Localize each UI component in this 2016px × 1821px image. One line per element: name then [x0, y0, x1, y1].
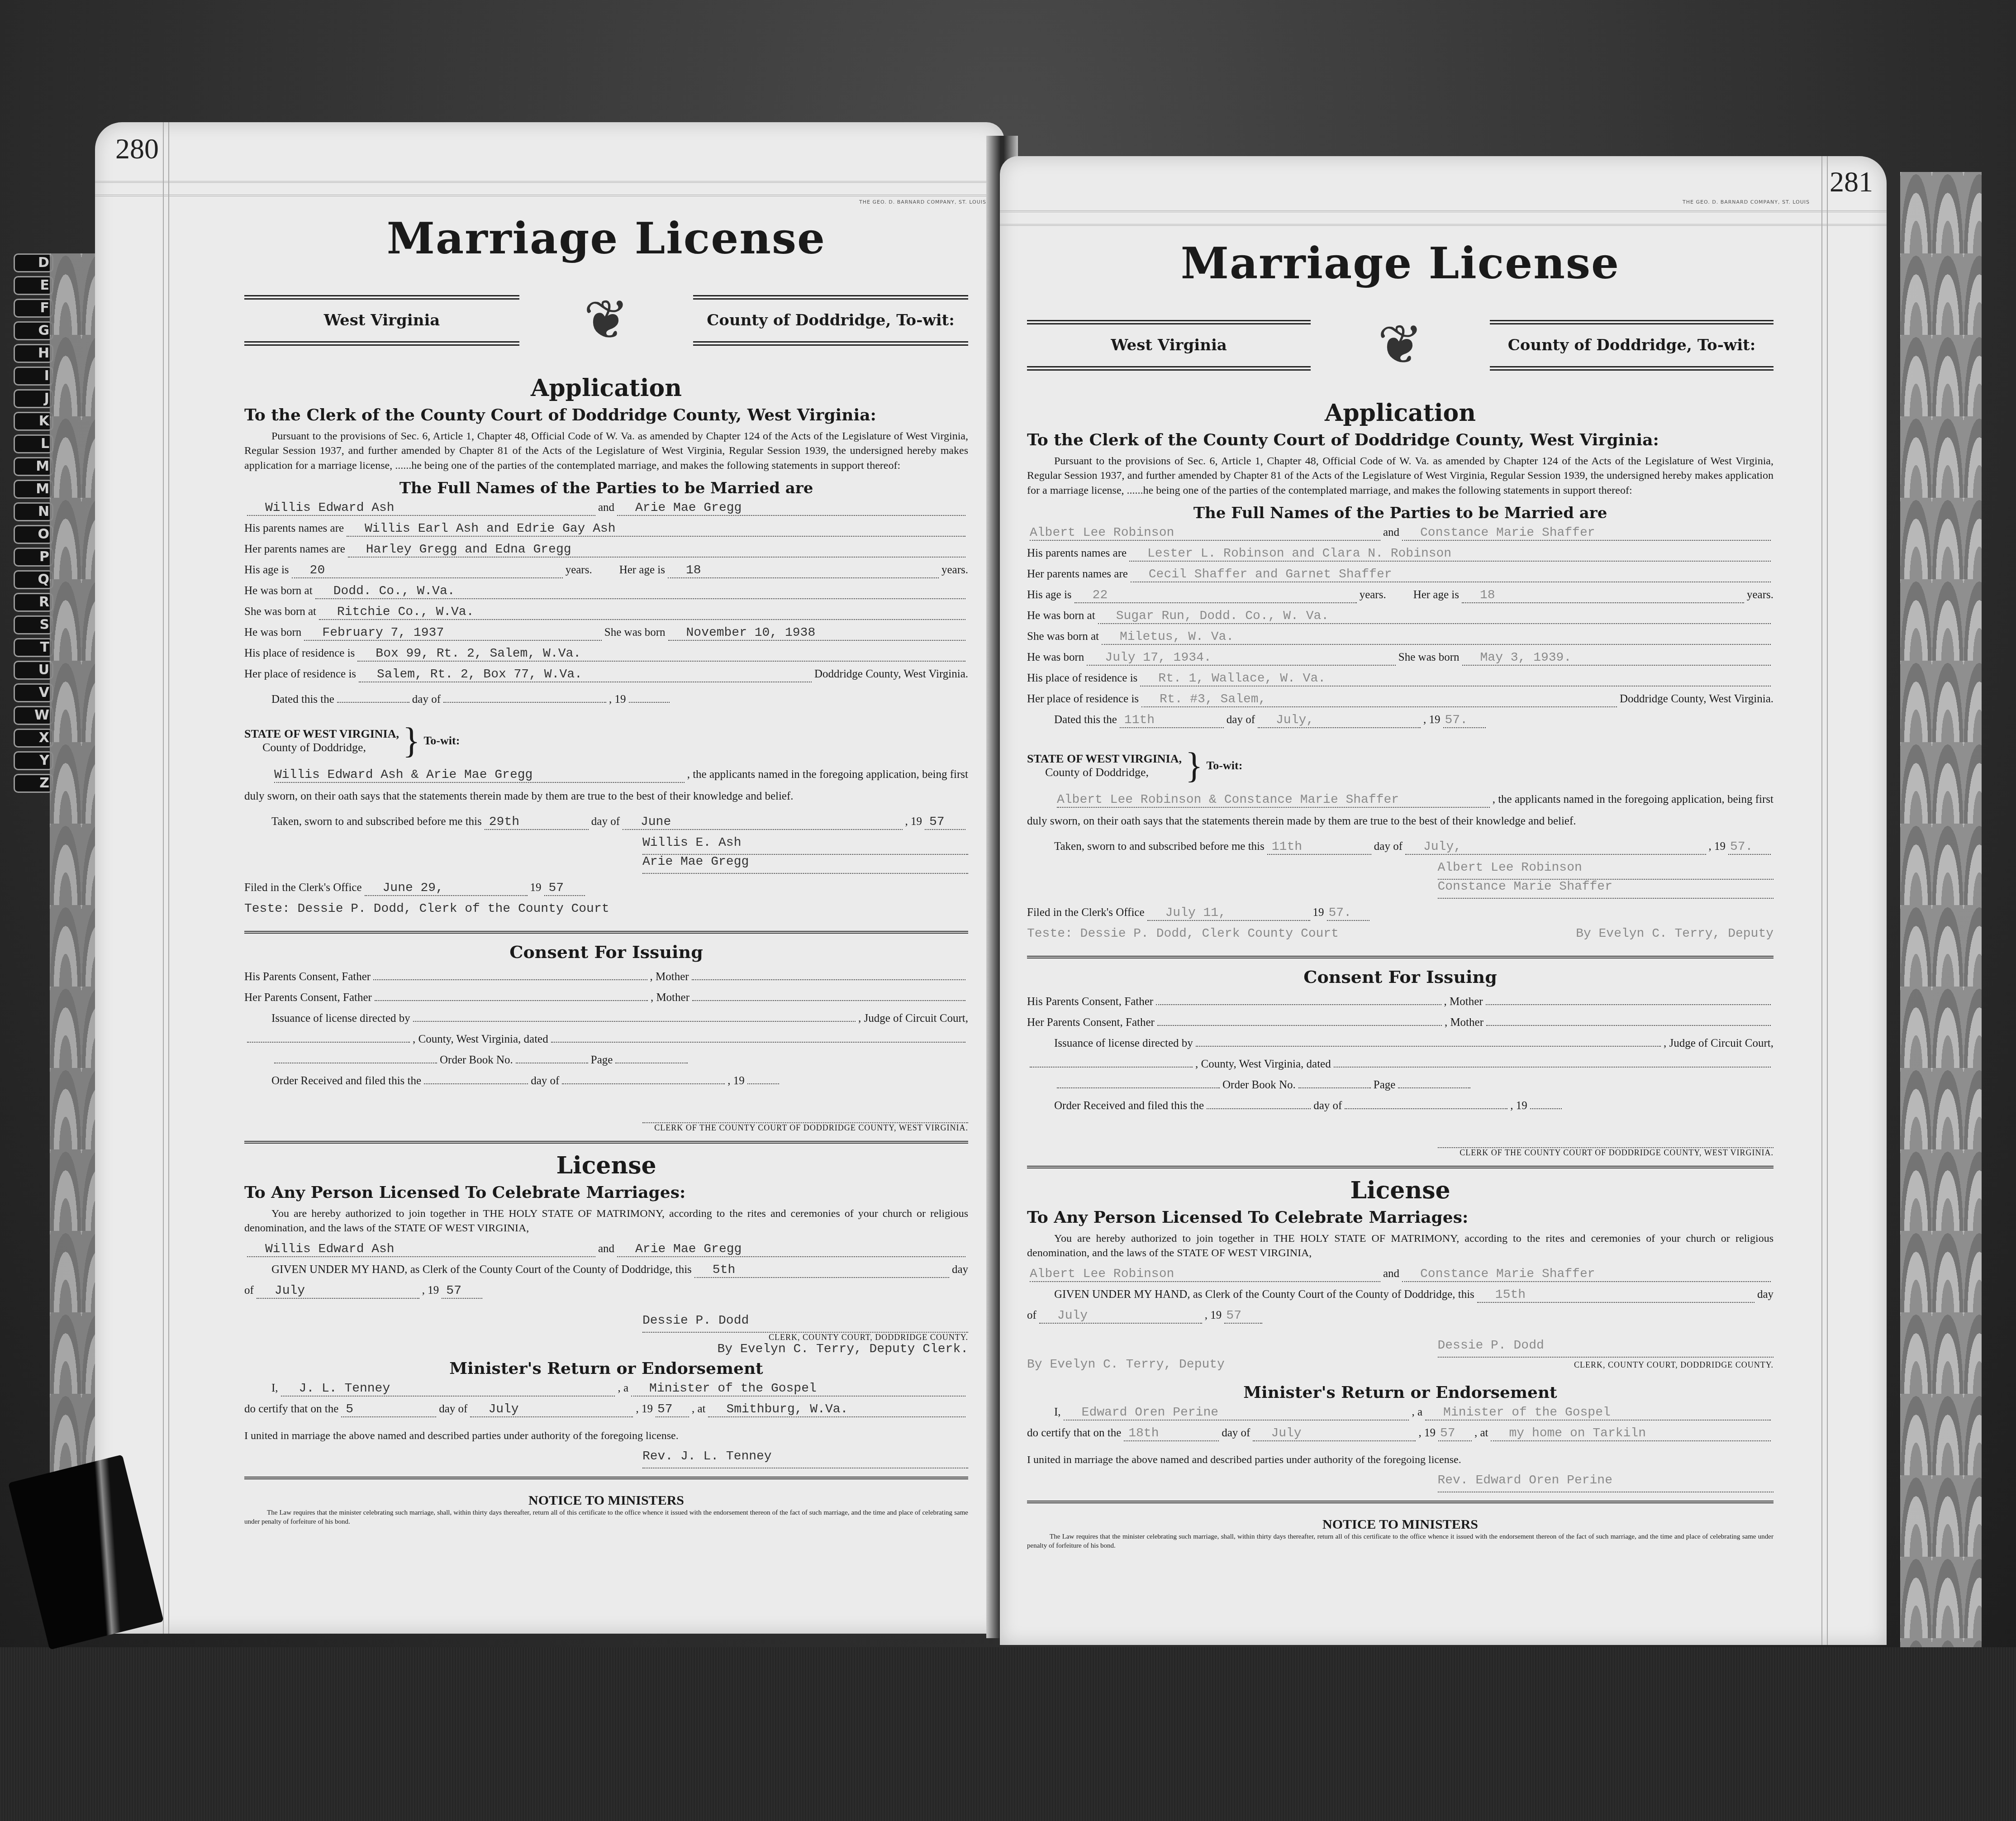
i-label: I,	[1054, 1406, 1061, 1419]
she-born-at-row: She was born at Miletus, W. Va.	[1027, 630, 1774, 651]
order-book-label: Order Book No.	[1222, 1079, 1296, 1092]
minister-row: I, J. L. Tenney , a Minister of the Gosp…	[244, 1382, 968, 1402]
teste-deputy: By Evelyn C. Terry, Deputy	[1576, 927, 1774, 941]
year-prefix-label: , 19	[1423, 714, 1441, 726]
county-state-label: Doddridge County, West Virginia.	[814, 668, 968, 681]
ministers-return-heading: Minister's Return or Endorsement	[244, 1359, 968, 1378]
order-page-field[interactable]	[615, 1049, 688, 1063]
order-received-label: Order Received and filed this the	[271, 1075, 421, 1087]
form-title: Marriage License	[1027, 238, 1774, 289]
judge-label: , Judge of Circuit Court,	[858, 1012, 968, 1025]
order-day-field[interactable]	[1207, 1095, 1311, 1109]
bride-name-field[interactable]: Constance Marie Shaffer	[1402, 526, 1771, 541]
issuance-row: Issuance of license directed by , Judge …	[244, 1007, 968, 1028]
filed-year-field[interactable]: 57.	[1327, 906, 1369, 921]
years-label: years.	[1360, 589, 1386, 601]
county-label: County of Doddridge, To-wit:	[693, 295, 968, 346]
names-heading: The Full Names of the Parties to be Marr…	[244, 479, 968, 497]
index-tab[interactable]: H	[14, 344, 53, 363]
index-tab[interactable]: S	[14, 615, 53, 634]
sworn-row: Taken, sworn to and subscribed before me…	[244, 815, 968, 836]
her-mother-consent-field[interactable]	[1486, 1011, 1771, 1026]
deputy-clerk: By Evelyn C. Terry, Deputy Clerk.	[244, 1342, 968, 1356]
she-born-at-field[interactable]: Ritchie Co., W.Va.	[319, 605, 965, 620]
dated-field[interactable]	[551, 1028, 965, 1043]
clerk-caption: CLERK OF THE COUNTY COURT OF DODDRIDGE C…	[244, 1123, 968, 1133]
years-label: years.	[1747, 589, 1774, 601]
minister-name-field[interactable]: Edward Oren Perine	[1064, 1406, 1409, 1421]
sworn-row: Taken, sworn to and subscribed before me…	[1027, 840, 1774, 861]
her-residence-label: Her place of residence is	[1027, 693, 1139, 706]
day-of-label: day of	[1374, 840, 1403, 853]
county-field[interactable]	[1030, 1053, 1193, 1068]
her-parents-row: Her parents names are Cecil Shaffer and …	[1027, 567, 1774, 588]
index-tab[interactable]: W	[14, 706, 53, 725]
filed-row: Filed in the Clerk's Office July 11, 19 …	[1027, 906, 1774, 927]
index-tab[interactable]: E	[14, 276, 53, 295]
issuance-field[interactable]	[413, 1007, 856, 1022]
oath-state-block: STATE OF WEST VIRGINIA, County of Doddri…	[1027, 748, 1774, 784]
his-parents-field[interactable]: Willis Earl Ash and Edrie Gay Ash	[347, 522, 965, 537]
his-residence-label: His place of residence is	[244, 647, 355, 660]
oath-county: County of Doddridge,	[1027, 766, 1182, 779]
sworn-day-field[interactable]: 29th	[485, 815, 589, 830]
clerk-signature-line	[1438, 1129, 1774, 1148]
index-tab[interactable]: K	[14, 412, 53, 431]
sworn-month-field[interactable]: June	[623, 815, 903, 830]
order-field[interactable]	[1057, 1074, 1220, 1088]
year-prefix-label: 19	[1313, 906, 1324, 919]
index-tab[interactable]: V	[14, 683, 53, 702]
year-prefix-label: , 19	[727, 1075, 745, 1087]
section-divider	[244, 931, 968, 934]
county-dated-label: , County, West Virginia, dated	[1195, 1058, 1331, 1071]
order-book-label: Order Book No.	[440, 1054, 513, 1067]
index-tab[interactable]: N	[14, 502, 53, 521]
license-text: You are hereby authorized to join togeth…	[244, 1206, 968, 1236]
page-label: Page	[591, 1054, 613, 1067]
application-heading: Application	[1027, 399, 1774, 427]
minister-name-field[interactable]: J. L. Tenney	[281, 1382, 615, 1397]
her-parents-row: Her parents names are Harley Gregg and E…	[244, 543, 968, 563]
her-mother-consent-field[interactable]	[692, 987, 965, 1001]
order-book-field[interactable]	[1298, 1074, 1371, 1088]
dated-row: Dated this the day of , 19	[244, 688, 968, 709]
index-tab[interactable]: M	[14, 480, 53, 499]
her-parents-label: Her parents names are	[244, 543, 345, 556]
year-prefix-label: 19	[530, 882, 542, 894]
clerk-signature-line	[642, 1104, 968, 1123]
index-tab[interactable]: X	[14, 729, 53, 748]
filed-row: Filed in the Clerk's Office June 29, 19 …	[244, 881, 968, 902]
her-father-consent-field[interactable]	[375, 987, 648, 1001]
day-of-label: day of	[1313, 1100, 1342, 1112]
county-state-label: Doddridge County, West Virginia.	[1620, 693, 1774, 706]
he-born-at-label: He was born at	[244, 585, 313, 597]
license-addressee: To Any Person Licensed To Celebrate Marr…	[1027, 1208, 1774, 1227]
order-received-row: Order Received and filed this the day of…	[1027, 1095, 1774, 1115]
order-book-row: Order Book No. Page	[244, 1049, 968, 1070]
and-label: and	[598, 501, 614, 514]
deputy-clerk: By Evelyn C. Terry, Deputy	[1027, 1358, 1225, 1372]
certify-label: do certify that on the	[1027, 1427, 1121, 1440]
order-received-label: Order Received and filed this the	[1054, 1100, 1204, 1112]
year-prefix-label: , 19	[1205, 1309, 1222, 1322]
sworn-label: Taken, sworn to and subscribed before me…	[271, 815, 482, 828]
oath-state-block: STATE OF WEST VIRGINIA, County of Doddri…	[244, 723, 968, 759]
he-born-at-field[interactable]: Dodd. Co., W.Va.	[315, 584, 965, 599]
minister-row: I, Edward Oren Perine , a Minister of th…	[1027, 1406, 1774, 1426]
index-tab[interactable]: R	[14, 593, 53, 612]
county-label: County of Doddridge, To-wit:	[1490, 320, 1774, 371]
her-residence-field[interactable]: Rt. #3, Salem,	[1141, 692, 1617, 707]
top-rules	[95, 181, 1004, 196]
his-consent-label: His Parents Consent, Father	[244, 971, 371, 983]
teste-text: Teste: Dessie P. Dodd, Clerk of the Coun…	[244, 902, 609, 916]
mother-label: , Mother	[651, 992, 689, 1004]
his-father-consent-field[interactable]	[1156, 991, 1441, 1005]
her-parents-field[interactable]: Cecil Shaffer and Garnet Shaffer	[1131, 567, 1771, 582]
application-preamble: Pursuant to the provisions of Sec. 6, Ar…	[244, 429, 968, 473]
index-tab[interactable]: Z	[14, 774, 53, 793]
she-born-at-label: She was born at	[244, 605, 316, 618]
top-rules	[1000, 210, 1887, 226]
section-divider	[244, 1477, 968, 1479]
dated-day-field[interactable]	[337, 688, 409, 703]
at-label: , at	[692, 1403, 706, 1416]
dated-year-field[interactable]: 57.	[1443, 713, 1486, 728]
he-born-at-label: He was born at	[1027, 610, 1095, 622]
marriage-license-form-280: Marriage License West Virginia ❦ County …	[244, 213, 968, 1533]
given-month-row: of July , 19 57	[244, 1284, 968, 1305]
sworn-year-field[interactable]: 57	[925, 815, 965, 830]
marriage-place-field[interactable]: my home on Tarkiln	[1491, 1426, 1771, 1441]
given-month-field[interactable]: July	[1039, 1309, 1202, 1324]
her-consent-row: Her Parents Consent, Father , Mother	[1027, 1011, 1774, 1032]
table-surface	[0, 1647, 2016, 1821]
marriage-day-field[interactable]: 5	[341, 1402, 436, 1417]
birthdates-row: He was born February 7, 1937 She was bor…	[244, 626, 968, 647]
given-label: GIVEN UNDER MY HAND, as Clerk of the Cou…	[1054, 1288, 1474, 1301]
order-year-field[interactable]	[1530, 1095, 1562, 1109]
bride-name-field[interactable]: Arie Mae Gregg	[617, 501, 965, 516]
brace-icon: }	[403, 723, 420, 759]
his-residence-row: His place of residence is Rt. 1, Wallace…	[1027, 672, 1774, 692]
cherub-ornament-icon: ❦	[519, 293, 693, 348]
her-age-field[interactable]: 18	[1462, 588, 1744, 603]
ages-row: His age is 22 years. Her age is 18 years…	[1027, 588, 1774, 609]
index-tab[interactable]: M	[14, 457, 53, 476]
oath-text-2: duly sworn, on their oath says that the …	[1027, 814, 1774, 829]
oath-county: County of Doddridge,	[244, 741, 399, 754]
order-month-field[interactable]	[562, 1070, 725, 1084]
her-age-label: Her age is	[1413, 589, 1459, 601]
day-of-label: day of	[591, 815, 620, 828]
she-born-field[interactable]: May 3, 1939.	[1462, 651, 1771, 666]
index-tab[interactable]: D	[14, 253, 53, 272]
marriage-month-field[interactable]: July	[470, 1402, 633, 1417]
page-number: 280	[115, 132, 159, 166]
united-text: I united in marriage the above named and…	[1027, 1453, 1774, 1467]
clerk-signature: Dessie P. Dodd	[1438, 1339, 1774, 1358]
index-tab[interactable]: O	[14, 525, 53, 544]
certify-row: do certify that on the 5 day of July , 1…	[244, 1402, 968, 1423]
groom-name-field[interactable]: Albert Lee Robinson	[1030, 526, 1380, 541]
applicants-row: Albert Lee Robinson & Constance Marie Sh…	[1027, 793, 1774, 814]
index-tab[interactable]: Q	[14, 570, 53, 589]
sworn-label: Taken, sworn to and subscribed before me…	[1054, 840, 1265, 853]
she-born-at-row: She was born at Ritchie Co., W.Va.	[244, 605, 968, 626]
her-age-label: Her age is	[619, 564, 665, 577]
year-prefix-label: , 19	[1510, 1100, 1527, 1112]
index-tab[interactable]: I	[14, 367, 53, 386]
given-year-field[interactable]: 57	[1224, 1309, 1262, 1324]
ages-row: His age is 20 years. Her age is 18 years…	[244, 563, 968, 584]
his-consent-label: His Parents Consent, Father	[1027, 996, 1153, 1008]
judge-label: , Judge of Circuit Court,	[1664, 1037, 1774, 1050]
he-born-label: He was born	[1027, 651, 1084, 664]
filed-label: Filed in the Clerk's Office	[1027, 906, 1145, 919]
he-born-field[interactable]: February 7, 1937	[304, 626, 601, 641]
mother-label: , Mother	[1445, 1016, 1483, 1029]
marriage-day-field[interactable]: 18th	[1124, 1426, 1219, 1441]
he-born-field[interactable]: July 17, 1934.	[1087, 651, 1395, 666]
applicants-field[interactable]: Albert Lee Robinson & Constance Marie Sh…	[1057, 793, 1490, 808]
his-parents-row: His parents names are Willis Earl Ash an…	[244, 522, 968, 543]
form-title: Marriage License	[244, 213, 968, 264]
county-field[interactable]	[247, 1028, 410, 1043]
filed-date-field[interactable]: June 29,	[365, 881, 528, 896]
index-tab[interactable]: J	[14, 389, 53, 408]
order-book-row: Order Book No. Page	[1027, 1074, 1774, 1095]
county-dated-row: , County, West Virginia, dated	[244, 1028, 968, 1049]
her-residence-field[interactable]: Salem, Rt. 2, Box 77, W.Va.	[359, 667, 812, 682]
his-age-label: His age is	[1027, 589, 1072, 601]
applicants-field[interactable]: Willis Edward Ash & Arie Mae Gregg	[274, 768, 685, 783]
and-label: and	[598, 1243, 614, 1255]
filed-label: Filed in the Clerk's Office	[244, 882, 362, 894]
order-received-row: Order Received and filed this the day of…	[244, 1070, 968, 1091]
minister-title-field[interactable]: Minister of the Gospel	[631, 1382, 965, 1397]
left-page: 280 THE GEO. D. BARNARD COMPANY, ST. LOU…	[95, 122, 1004, 1634]
a-label: , a	[1412, 1406, 1422, 1419]
his-mother-consent-field[interactable]	[692, 966, 965, 980]
his-consent-row: His Parents Consent, Father , Mother	[1027, 991, 1774, 1011]
minister-title-field[interactable]: Minister of the Gospel	[1425, 1406, 1771, 1421]
day-of-label: day of	[412, 693, 441, 706]
at-label: , at	[1474, 1427, 1488, 1440]
year-prefix-label: , 19	[636, 1403, 653, 1416]
his-father-consent-field[interactable]	[373, 966, 647, 980]
license-heading: License	[1027, 1177, 1774, 1204]
order-field[interactable]	[274, 1049, 437, 1063]
marriage-month-field[interactable]: July	[1253, 1426, 1416, 1441]
applicant-signature-1: Willis E. Ash	[642, 836, 968, 855]
section-divider	[1027, 1166, 1774, 1168]
margin-rule	[163, 122, 169, 1634]
county-dated-label: , County, West Virginia, dated	[413, 1033, 548, 1046]
teste-text: Teste: Dessie P. Dodd, Clerk County Cour…	[1027, 927, 1339, 941]
applicant-signature-2: Constance Marie Shaffer	[1438, 880, 1774, 899]
filed-date-field[interactable]: July 11,	[1147, 906, 1310, 921]
day-label: day	[1757, 1288, 1774, 1301]
notice-text: The Law requires that the minister celeb…	[1027, 1532, 1774, 1551]
his-residence-row: His place of residence is Box 99, Rt. 2,…	[244, 647, 968, 667]
his-parents-row: His parents names are Lester L. Robinson…	[1027, 547, 1774, 567]
printer-credit: THE GEO. D. BARNARD COMPANY, ST. LOUIS	[1683, 199, 1810, 205]
order-book-field[interactable]	[516, 1049, 588, 1063]
given-day-field[interactable]: 15th	[1477, 1288, 1754, 1303]
parties-row: Willis Edward Ash and Arie Mae Gregg	[244, 501, 968, 522]
years-label: years.	[941, 564, 968, 577]
application-heading: Application	[244, 374, 968, 402]
year-prefix-label: , 19	[1418, 1427, 1436, 1440]
groom-name-field[interactable]: Willis Edward Ash	[247, 501, 595, 516]
order-year-field[interactable]	[747, 1070, 779, 1084]
issuance-row: Issuance of license directed by , Judge …	[1027, 1032, 1774, 1053]
she-born-label: She was born	[604, 626, 666, 639]
sworn-month-field[interactable]: July,	[1405, 840, 1706, 855]
given-year-field[interactable]: 57	[442, 1284, 482, 1299]
he-born-at-field[interactable]: Sugar Run, Dodd. Co., W. Va.	[1098, 609, 1771, 624]
of-label: of	[1027, 1309, 1037, 1322]
cherub-ornament-icon: ❦	[1311, 318, 1490, 372]
given-month-field[interactable]: July	[257, 1284, 419, 1299]
day-of-label: day of	[1227, 714, 1255, 726]
he-born-at-row: He was born at Dodd. Co., W.Va.	[244, 584, 968, 605]
dated-year-field[interactable]	[629, 688, 670, 703]
teste-row: Teste: Dessie P. Dodd, Clerk of the Coun…	[244, 902, 968, 923]
her-parents-field[interactable]: Harley Gregg and Edna Gregg	[348, 543, 965, 558]
license-text: You are hereby authorized to join togeth…	[1027, 1231, 1774, 1261]
header-banner: West Virginia ❦ County of Doddridge, To-…	[1027, 307, 1774, 384]
application-preamble: Pursuant to the provisions of Sec. 6, Ar…	[1027, 454, 1774, 498]
oath-text-2: duly sworn, on their oath says that the …	[244, 789, 968, 804]
issuance-field[interactable]	[1196, 1032, 1661, 1047]
his-parents-label: His parents names are	[1027, 547, 1127, 560]
license-groom-field[interactable]: Albert Lee Robinson	[1030, 1267, 1380, 1282]
license-bride-field[interactable]: Constance Marie Shaffer	[1402, 1267, 1771, 1282]
his-parents-label: His parents names are	[244, 522, 344, 535]
dated-this-label: Dated this the	[271, 693, 334, 706]
index-tab[interactable]: T	[14, 638, 53, 657]
given-month-row: of July , 19 57	[1027, 1309, 1774, 1330]
page-number: 281	[1830, 165, 1873, 199]
printer-credit: THE GEO. D. BARNARD COMPANY, ST. LOUIS	[859, 199, 986, 205]
dated-day-field[interactable]: 11th	[1120, 713, 1224, 728]
oath-state: STATE OF WEST VIRGINIA,	[1027, 752, 1182, 766]
his-residence-field[interactable]: Rt. 1, Wallace, W. Va.	[1140, 672, 1771, 686]
notice-text: The Law requires that the minister celeb…	[244, 1508, 968, 1527]
order-day-field[interactable]	[424, 1070, 528, 1084]
his-residence-label: His place of residence is	[1027, 672, 1137, 685]
his-age-field[interactable]: 20	[292, 563, 563, 578]
day-of-label: day of	[439, 1403, 467, 1416]
index-tab[interactable]: U	[14, 661, 53, 680]
she-born-label: She was born	[1398, 651, 1460, 664]
day-label: day	[952, 1263, 968, 1276]
license-parties-row: Albert Lee Robinson and Constance Marie …	[1027, 1267, 1774, 1288]
dated-month-field[interactable]: July,	[1258, 713, 1421, 728]
county-dated-row: , County, West Virginia, dated	[1027, 1053, 1774, 1074]
order-page-field[interactable]	[1398, 1074, 1470, 1088]
index-tab[interactable]: P	[14, 548, 53, 567]
marriage-license-form-281: Marriage License West Virginia ❦ County …	[1027, 238, 1774, 1557]
order-month-field[interactable]	[1345, 1095, 1507, 1109]
day-of-label: day of	[1222, 1427, 1250, 1440]
consent-heading: Consent For Issuing	[244, 942, 968, 962]
right-page: 281 THE GEO. D. BARNARD COMPANY, ST. LOU…	[1000, 156, 1887, 1645]
application-addressee: To the Clerk of the County Court of Dodd…	[1027, 430, 1774, 449]
his-parents-field[interactable]: Lester L. Robinson and Clara N. Robinson	[1129, 547, 1771, 562]
dated-month-field[interactable]	[443, 688, 606, 703]
marriage-year-field[interactable]: 57	[656, 1402, 689, 1417]
his-residence-field[interactable]: Box 99, Rt. 2, Salem, W.Va.	[357, 647, 965, 662]
index-tab[interactable]: L	[14, 434, 53, 453]
her-consent-label: Her Parents Consent, Father	[1027, 1016, 1155, 1029]
index-tab[interactable]: Y	[14, 751, 53, 770]
a-label: , a	[618, 1382, 628, 1395]
applicant-signature-2: Arie Mae Gregg	[642, 855, 968, 874]
applicant-signature-1: Albert Lee Robinson	[1438, 861, 1774, 880]
sworn-day-field[interactable]: 11th	[1267, 840, 1371, 855]
her-residence-row: Her place of residence is Rt. #3, Salem,…	[1027, 692, 1774, 713]
applicants-row: Willis Edward Ash & Arie Mae Gregg , the…	[244, 768, 968, 789]
dated-this-label: Dated this the	[1054, 714, 1117, 726]
index-tab[interactable]: F	[14, 299, 53, 318]
state-label: West Virginia	[1027, 320, 1311, 371]
filed-year-field[interactable]: 57	[544, 881, 585, 896]
index-tab[interactable]: G	[14, 321, 53, 340]
her-age-field[interactable]: 18	[668, 563, 939, 578]
certify-row: do certify that on the 18th day of July …	[1027, 1426, 1774, 1447]
license-bride-field[interactable]: Arie Mae Gregg	[617, 1242, 965, 1257]
and-label: and	[1383, 1268, 1399, 1280]
sworn-year-field[interactable]: 57.	[1728, 840, 1771, 855]
her-consent-row: Her Parents Consent, Father , Mother	[244, 987, 968, 1007]
his-consent-row: His Parents Consent, Father , Mother	[244, 966, 968, 987]
dated-field[interactable]	[1334, 1053, 1771, 1068]
given-day-field[interactable]: 5th	[694, 1263, 949, 1278]
clerk-caption: CLERK OF THE COUNTY COURT OF DODDRIDGE C…	[1027, 1148, 1774, 1158]
minister-signature: Rev. Edward Oren Perine	[1438, 1473, 1774, 1492]
day-of-label: day of	[531, 1075, 559, 1087]
license-groom-field[interactable]: Willis Edward Ash	[247, 1242, 595, 1257]
year-prefix-label: , 19	[422, 1284, 439, 1297]
page-label: Page	[1374, 1079, 1396, 1092]
of-label: of	[244, 1284, 254, 1297]
given-row: GIVEN UNDER MY HAND, as Clerk of the Cou…	[1027, 1288, 1774, 1309]
marriage-place-field[interactable]: Smithburg, W.Va.	[708, 1402, 965, 1417]
his-mother-consent-field[interactable]	[1486, 991, 1771, 1005]
she-born-field[interactable]: November 10, 1938	[668, 626, 965, 641]
teste-row: Teste: Dessie P. Dodd, Clerk County Cour…	[1027, 927, 1774, 948]
consent-heading: Consent For Issuing	[1027, 967, 1774, 987]
margin-rule	[1821, 156, 1828, 1645]
marriage-year-field[interactable]: 57	[1438, 1426, 1472, 1441]
certify-label: do certify that on the	[244, 1403, 338, 1416]
deputy-row: By Evelyn C. Terry, Deputy CLERK, COUNTY…	[1027, 1358, 1774, 1378]
her-father-consent-field[interactable]	[1157, 1011, 1442, 1026]
to-wit-label: To-wit:	[423, 734, 460, 748]
year-prefix-label: , 19	[905, 815, 922, 828]
his-age-field[interactable]: 22	[1075, 588, 1357, 603]
ministers-return-heading: Minister's Return or Endorsement	[1027, 1383, 1774, 1402]
he-born-at-row: He was born at Sugar Run, Dodd. Co., W. …	[1027, 609, 1774, 630]
she-born-at-field[interactable]: Miletus, W. Va.	[1102, 630, 1771, 645]
his-age-label: His age is	[244, 564, 289, 577]
notice-heading: NOTICE TO MINISTERS	[244, 1493, 968, 1508]
